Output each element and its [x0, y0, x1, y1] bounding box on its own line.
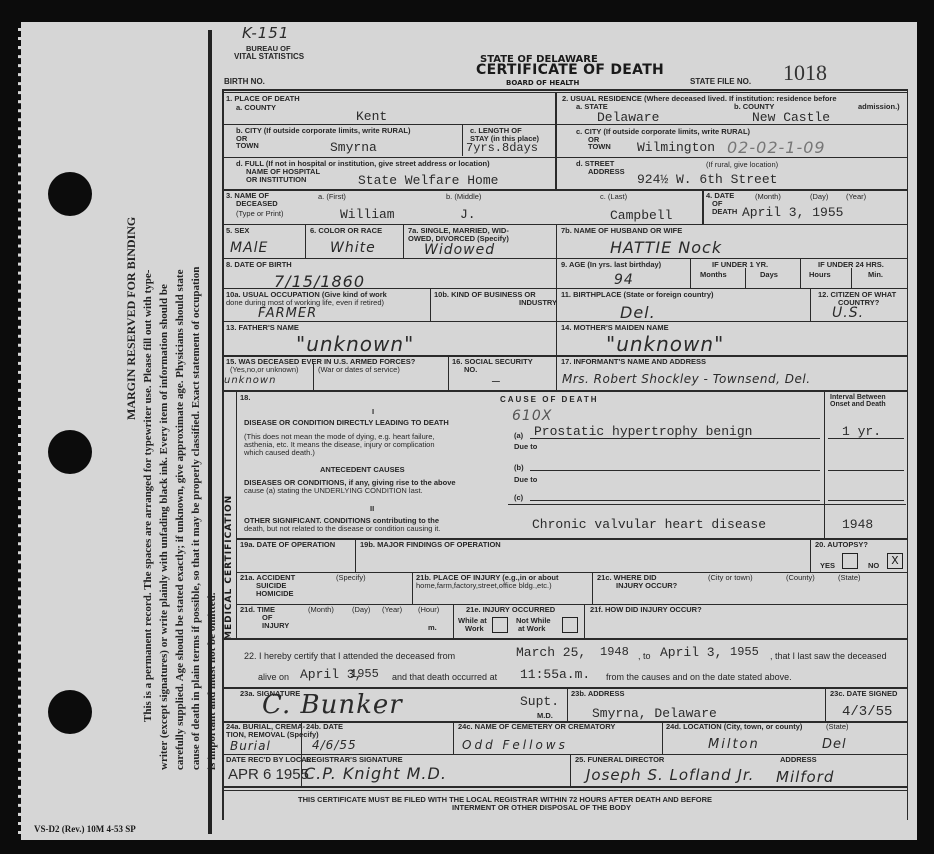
- field-label: 11. BIRTHPLACE (State or foreign country…: [561, 291, 714, 299]
- field-label: 14. MOTHER'S MAIDEN NAME: [561, 324, 669, 332]
- funeral-address-value: Milford: [776, 768, 834, 786]
- field-label: (Year): [382, 606, 402, 614]
- divider: [222, 224, 908, 225]
- divider: [412, 572, 413, 604]
- field-label: HOMICIDE: [256, 590, 294, 598]
- field-label: Days: [760, 271, 778, 279]
- divider: [828, 500, 904, 501]
- certify-text: and that death occurred at: [392, 673, 497, 681]
- field-label: 8. DATE OF BIRTH: [226, 261, 292, 269]
- residence-street-value: 924½ W. 6th Street: [637, 172, 777, 187]
- margin-line: This is a permanent record. The spaces a…: [142, 270, 154, 722]
- certify-text: , that I last saw the deceased: [770, 652, 887, 660]
- form-left-rule: [222, 90, 224, 820]
- divider: [702, 189, 704, 224]
- footer-notice: INTERMENT OR OTHER DISPOSAL OF THE BODY: [452, 804, 631, 812]
- field-label: c. (Last): [600, 193, 627, 201]
- divider: [828, 470, 904, 471]
- field-label: (c): [514, 494, 523, 502]
- date-of-death-value: April 3, 1955: [742, 205, 843, 220]
- burial-state-value: Del: [822, 737, 847, 752]
- margin-line: cause of death in plain terms if possibl…: [190, 267, 202, 770]
- field-label: INDUSTRY: [519, 299, 557, 307]
- field-label: DECEASED: [236, 200, 278, 208]
- field-label: 19a. DATE OF OPERATION: [240, 541, 335, 549]
- divider: [305, 224, 306, 259]
- attended-to-value: April 3,: [660, 645, 722, 660]
- divider: [557, 157, 907, 158]
- field-label: (Day): [810, 193, 828, 201]
- field-label: which caused death.): [244, 449, 315, 457]
- field-label: INJURY OCCUR?: [616, 582, 677, 590]
- county-value: Kent: [356, 109, 387, 124]
- sex-value: MAlE: [230, 240, 268, 256]
- divider: [508, 504, 906, 505]
- signature-title: Supt.: [520, 694, 559, 709]
- divider: [355, 538, 356, 572]
- divider: [662, 721, 663, 754]
- certify-text: , to: [638, 652, 651, 660]
- bureau-label: VITAL STATISTICS: [234, 53, 304, 61]
- field-label: 18.: [240, 394, 250, 402]
- certify-text: 22. I hereby certify that I attended the…: [244, 652, 455, 660]
- field-label: (Type or Print): [236, 210, 284, 218]
- margin-line: carefully supplied. Age should be stated…: [174, 270, 186, 770]
- field-label: YES: [820, 562, 835, 570]
- divider: [556, 355, 557, 390]
- annotation-code: K-151: [242, 24, 289, 42]
- field-label: 23c. DATE SIGNED: [830, 690, 897, 698]
- field-label: 20. AUTOPSY?: [815, 541, 868, 549]
- field-label: NO: [868, 562, 879, 570]
- other-conditions-value: Chronic valvular heart disease: [532, 517, 766, 532]
- divider: [530, 438, 820, 439]
- cemetery-value: Odd Fellows: [462, 738, 568, 752]
- injury-not-at-work-checkbox[interactable]: [562, 617, 578, 633]
- section-heading: CAUSE OF DEATH: [500, 396, 599, 404]
- institution-value: State Welfare Home: [358, 173, 498, 188]
- divider: [453, 604, 454, 638]
- occupation-value: FARMER: [258, 306, 317, 321]
- state-file-no: 1018: [783, 60, 827, 86]
- first-name-value: William: [340, 207, 395, 222]
- physician-signature: C. Bunker: [262, 690, 403, 720]
- armed-forces-value: unknown: [224, 375, 276, 386]
- divider: [222, 638, 908, 640]
- field-label: 24d. LOCATION (City, town, or county): [666, 723, 802, 731]
- field-label: (State): [838, 574, 861, 582]
- divider: [592, 572, 593, 604]
- divider: [301, 721, 302, 754]
- divider: [222, 189, 908, 191]
- divider: [236, 538, 908, 540]
- cause-code: 610X: [512, 408, 552, 424]
- autopsy-no-checkbox[interactable]: X: [887, 553, 903, 569]
- divider: [222, 687, 908, 689]
- field-label: M.D.: [537, 712, 553, 720]
- divider: [236, 604, 908, 605]
- mother-name-value: "unknown": [606, 332, 724, 356]
- binding-hole: [48, 430, 92, 474]
- field-label: 24c. NAME OF CEMETERY OR CREMATORY: [458, 723, 615, 731]
- binding-hole: [48, 690, 92, 734]
- field-label: NO.: [464, 366, 477, 374]
- divider: [222, 92, 908, 93]
- cause-a-interval-value: 1 yr.: [842, 424, 881, 439]
- last-name-value: Campbell: [610, 208, 672, 223]
- autopsy-yes-checkbox[interactable]: [842, 553, 858, 569]
- divider: [222, 89, 908, 91]
- field-label: TOWN: [588, 143, 611, 151]
- divider: [570, 754, 571, 786]
- social-security-value: —: [492, 374, 500, 389]
- field-label: Onset and Death: [830, 401, 886, 409]
- field-label: b. (Middle): [446, 193, 481, 201]
- birthplace-value: Del.: [620, 303, 656, 322]
- field-label: 21e. INJURY OCCURRED: [466, 606, 555, 614]
- cause-a-value: Prostatic hypertrophy benign: [534, 424, 752, 439]
- field-label: 9. AGE (In yrs. last birthday): [561, 261, 661, 269]
- divider: [557, 124, 907, 125]
- burial-date-value: 4/6/55: [312, 738, 357, 752]
- residence-code: 02-02-1-09: [727, 138, 826, 157]
- date-signed-value: 4/3/55: [842, 704, 892, 720]
- divider: [556, 258, 557, 288]
- field-label: (Day): [352, 606, 370, 614]
- field-label: TOWN: [236, 142, 259, 150]
- divider: [828, 438, 904, 439]
- field-label: (a): [514, 432, 523, 440]
- attended-from-value: March 25,: [516, 645, 586, 660]
- field-label: 24b. DATE: [306, 723, 343, 731]
- field-label: INJURY: [262, 622, 289, 630]
- injury-at-work-checkbox[interactable]: [492, 617, 508, 633]
- divider: [222, 157, 555, 158]
- field-label: REGISTRAR'S SIGNATURE: [306, 756, 403, 764]
- certify-text: from the causes and on the date stated a…: [606, 673, 792, 681]
- divider: [222, 124, 555, 125]
- field-label: Months: [700, 271, 727, 279]
- field-label: (County): [786, 574, 815, 582]
- divider: [745, 268, 746, 288]
- age-value: 94: [614, 272, 634, 288]
- field-label: 1. PLACE OF DEATH: [226, 95, 300, 103]
- divider: [851, 268, 852, 288]
- divider: [824, 392, 825, 540]
- certifier-address-value: Smyrna, Delaware: [592, 706, 717, 721]
- date-received-stamp: APR 6 1955: [228, 766, 309, 783]
- field-label: (If rural, give location): [706, 161, 778, 169]
- field-label: at Work: [518, 625, 545, 633]
- field-label: 23b. ADDRESS: [571, 690, 625, 698]
- field-label: b. CITY (If outside corporate limits, wr…: [236, 127, 410, 135]
- field-label: 7b. NAME OF HUSBAND OR WIFE: [561, 227, 682, 235]
- state-file-no-label: STATE FILE NO.: [690, 78, 751, 86]
- field-label: (Specify): [336, 574, 366, 582]
- binding-hole: [48, 172, 92, 216]
- divider: [530, 500, 820, 501]
- divider: [222, 790, 908, 791]
- form-code: VS-D2 (Rev.) 10M 4-53 SP: [34, 824, 136, 834]
- field-label: 21f. HOW DID INJURY OCCUR?: [590, 606, 702, 614]
- field-label: I: [372, 408, 374, 416]
- informant-value: Mrs. Robert Shockley - Townsend, Del.: [562, 372, 811, 386]
- field-label: IF UNDER 1 YR.: [712, 261, 768, 269]
- divider: [825, 687, 826, 721]
- time-of-death-value: 11:55a.m.: [520, 667, 590, 682]
- field-label: Work: [465, 625, 484, 633]
- city-value: Smyrna: [330, 140, 377, 155]
- field-label: (State): [826, 723, 849, 731]
- burial-location-value: Milton: [708, 737, 760, 752]
- divider: [222, 258, 908, 259]
- field-label: home,farm,factory,street,office bldg.,et…: [416, 582, 552, 590]
- residence-county-value: New Castle: [752, 110, 830, 125]
- margin-heading: MARGIN RESERVED FOR BINDING: [124, 217, 139, 420]
- father-name-value: "unknown": [296, 332, 414, 356]
- field-label: DISEASE OR CONDITION DIRECTLY LEADING TO…: [244, 419, 449, 427]
- field-label: DEATH: [712, 208, 737, 216]
- field-label: 19b. MAJOR FINDINGS OF OPERATION: [360, 541, 501, 549]
- spouse-value: HATTIE Nock: [610, 238, 722, 257]
- race-value: White: [330, 240, 376, 256]
- field-label: ANTECEDENT CAUSES: [320, 466, 405, 474]
- field-label: admission.): [858, 103, 900, 111]
- binding-rule: [208, 30, 212, 834]
- field-label: (Year): [846, 193, 866, 201]
- field-label: 17. INFORMANT'S NAME AND ADDRESS: [561, 358, 706, 366]
- field-label: c. CITY (If outside corporate limits, wr…: [576, 128, 750, 136]
- field-label: (Month): [308, 606, 334, 614]
- field-label: (Hour): [418, 606, 439, 614]
- field-label: (b): [514, 464, 524, 472]
- divider: [222, 288, 908, 289]
- divider: [556, 224, 557, 259]
- field-label: Hours: [809, 271, 831, 279]
- field-label: a. (First): [318, 193, 346, 201]
- divider: [236, 392, 237, 638]
- field-label: 25. FUNERAL DIRECTOR: [575, 756, 664, 764]
- divider: [556, 288, 557, 321]
- residence-city-value: Wilmington: [637, 140, 715, 155]
- attended-from-year: 1948: [600, 645, 629, 659]
- field-label: death, but not related to the disease or…: [244, 525, 440, 533]
- divider: [567, 687, 568, 721]
- divider: [810, 538, 811, 572]
- divider: [403, 224, 404, 259]
- field-label: DATE REC'D BY LOCAL: [226, 756, 311, 764]
- field-label: ADDRESS: [780, 756, 817, 764]
- field-label: OR INSTITUTION: [246, 176, 306, 184]
- margin-line: writer (except signatures) or write plai…: [158, 284, 170, 770]
- field-label: a. COUNTY: [236, 104, 276, 112]
- divider: [222, 321, 908, 322]
- divider: [555, 92, 557, 190]
- field-label: 6. COLOR OR RACE: [310, 227, 382, 235]
- field-label: Due to: [514, 476, 537, 484]
- registrar-signature: C.P. Knight M.D.: [304, 764, 447, 783]
- page-title: CERTIFICATE OF DEATH: [476, 62, 664, 78]
- divider: [430, 288, 431, 321]
- citizenship-value: U.S.: [832, 305, 864, 321]
- field-label: ADDRESS: [588, 168, 625, 176]
- length-of-stay-value: 7yrs.8days: [466, 141, 538, 155]
- field-label: TION, REMOVAL (Specify): [226, 731, 319, 739]
- field-label: Due to: [514, 443, 537, 451]
- divider: [448, 355, 449, 390]
- divider: [313, 364, 314, 390]
- certify-text: alive on: [258, 673, 289, 681]
- field-label: (Yes,no,or unknown): [230, 366, 299, 374]
- funeral-director-value: Joseph S. Lofland Jr.: [586, 766, 754, 784]
- field-label: cause (a) stating the UNDERLYING CONDITI…: [244, 487, 423, 495]
- divider: [556, 321, 557, 356]
- field-label: (Month): [755, 193, 781, 201]
- disposition-value: Burial: [230, 739, 271, 753]
- divider: [800, 258, 801, 288]
- field-label: (War or dates of service): [318, 366, 400, 374]
- divider: [222, 390, 908, 392]
- middle-name-value: J.: [460, 207, 476, 222]
- field-label: II: [370, 505, 374, 513]
- marital-status-value: Widowed: [424, 242, 495, 258]
- divider: [222, 786, 908, 788]
- divider: [453, 721, 454, 754]
- divider: [584, 604, 585, 638]
- board-label: BOARD OF HEALTH: [506, 79, 579, 87]
- divider: [530, 470, 820, 471]
- residence-state-value: Delaware: [597, 110, 659, 125]
- attended-to-year: 1955: [730, 645, 759, 659]
- last-seen-year: 1955: [350, 667, 379, 681]
- field-label: 5. SEX: [226, 227, 249, 235]
- field-label: Min.: [868, 271, 883, 279]
- field-label: m.: [428, 624, 437, 632]
- field-label: (City or town): [708, 574, 753, 582]
- form-right-rule: [907, 90, 908, 820]
- divider: [810, 288, 811, 321]
- divider: [462, 124, 463, 156]
- medical-certification-label: MEDICAL CERTIFICATION: [224, 495, 234, 640]
- field-label: 13. FATHER'S NAME: [226, 324, 299, 332]
- other-conditions-interval-value: 1948: [842, 517, 873, 532]
- birth-no-label: BIRTH NO.: [224, 78, 265, 86]
- divider: [690, 258, 691, 288]
